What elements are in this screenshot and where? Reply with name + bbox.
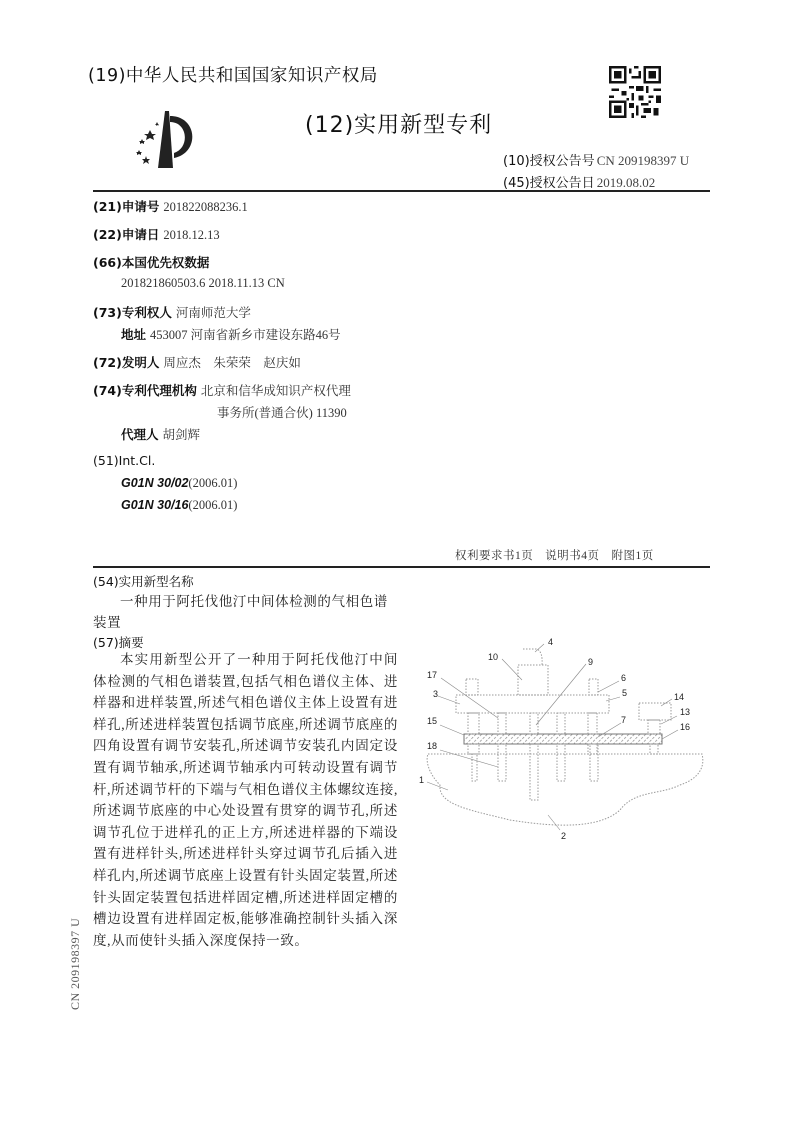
agent: 代理人 胡剑辉 — [121, 425, 200, 443]
svg-text:6: 6 — [621, 673, 626, 683]
application-date-label: (22)申请日 — [93, 227, 159, 242]
application-number-value: 201822088236.1 — [163, 200, 247, 214]
abstract-text: 本实用新型公开了一种用于阿托伐他汀中间体检测的气相色谱装置,包括气相色谱仪主体、… — [93, 649, 398, 951]
section-divider — [93, 566, 710, 568]
svg-text:1: 1 — [419, 775, 424, 785]
priority-label: (66)本国优先权数据 — [93, 255, 209, 270]
svg-text:7: 7 — [621, 715, 626, 725]
agency-label: (74)专利代理机构 — [93, 383, 197, 398]
svg-text:16: 16 — [680, 722, 690, 732]
ipc-label: (51)Int.Cl. — [93, 453, 155, 468]
side-publication-number: CN 209198397 U — [68, 918, 83, 1010]
svg-text:18: 18 — [427, 741, 437, 751]
priority-value: 201821860503.6 2018.11.13 CN — [121, 275, 285, 291]
publication-date-value: 2019.08.02 — [597, 175, 656, 190]
publication-number-label: (10)授权公告号 — [503, 154, 595, 169]
abstract-figure: 4109 17365 1413167 151812 — [410, 630, 710, 845]
inventors: (72)发明人周应杰 朱荣荣 赵庆如 — [93, 353, 301, 371]
application-date-value: 2018.12.13 — [163, 228, 219, 242]
svg-text:10: 10 — [488, 652, 498, 662]
agency-value-line1: 北京和信华成知识产权代理 — [201, 384, 351, 398]
svg-text:14: 14 — [674, 692, 684, 702]
ipc-code: G01N 30/16 — [121, 498, 188, 512]
patentee-value: 河南师范大学 — [176, 306, 251, 320]
publication-number: (10)授权公告号CN 209198397 U — [503, 150, 689, 169]
ipc-code: G01N 30/02 — [121, 476, 188, 490]
ipc-entry: G01N 30/02(2006.01) — [121, 475, 237, 491]
header-divider — [93, 190, 710, 192]
svg-text:4: 4 — [548, 637, 553, 647]
address-value: 453007 河南省新乡市建设东路46号 — [150, 328, 341, 342]
publication-number-value: CN 209198397 U — [597, 153, 689, 168]
address: 地址 453007 河南省新乡市建设东路46号 — [121, 325, 341, 343]
svg-text:13: 13 — [680, 707, 690, 717]
utility-model-title: 一种用于阿托伐他汀中间体检测的气相色谱装置 — [93, 591, 398, 633]
inventors-value: 周应杰 朱荣荣 赵庆如 — [163, 356, 301, 370]
patentee: (73)专利权人河南师范大学 — [93, 303, 251, 321]
application-number-label: (21)申请号 — [93, 199, 159, 214]
publication-date: (45)授权公告日2019.08.02 — [503, 172, 655, 191]
agency-line2: 事务所(普通合伙) 11390 — [217, 403, 347, 421]
address-label: 地址 — [121, 327, 146, 342]
ipc-version: (2006.01) — [188, 498, 237, 512]
agency: (74)专利代理机构北京和信华成知识产权代理 — [93, 381, 351, 399]
document-type: (12)实用新型专利 — [305, 108, 492, 139]
publication-date-label: (45)授权公告日 — [503, 176, 595, 191]
issuing-office: (19)中华人民共和国国家知识产权局 — [88, 62, 378, 87]
application-number: (21)申请号201822088236.1 — [93, 197, 248, 215]
svg-text:5: 5 — [622, 688, 627, 698]
ipc-entry: G01N 30/16(2006.01) — [121, 497, 237, 513]
inventors-label: (72)发明人 — [93, 355, 159, 370]
application-date: (22)申请日2018.12.13 — [93, 225, 220, 243]
utility-model-title-label: (54)实用新型名称 — [93, 572, 194, 590]
agent-label: 代理人 — [121, 427, 159, 442]
svg-text:17: 17 — [427, 670, 437, 680]
agent-value: 胡剑辉 — [163, 428, 201, 442]
cnipa-logo-icon — [128, 108, 198, 168]
qr-code-icon — [609, 66, 661, 118]
svg-text:3: 3 — [433, 689, 438, 699]
svg-text:2: 2 — [561, 831, 566, 841]
page-counts: 权利要求书1页 说明书4页 附图1页 — [455, 547, 654, 563]
svg-text:9: 9 — [588, 657, 593, 667]
svg-text:15: 15 — [427, 716, 437, 726]
ipc-version: (2006.01) — [188, 476, 237, 490]
priority-data: (66)本国优先权数据 — [93, 253, 209, 271]
patentee-label: (73)专利权人 — [93, 305, 172, 320]
